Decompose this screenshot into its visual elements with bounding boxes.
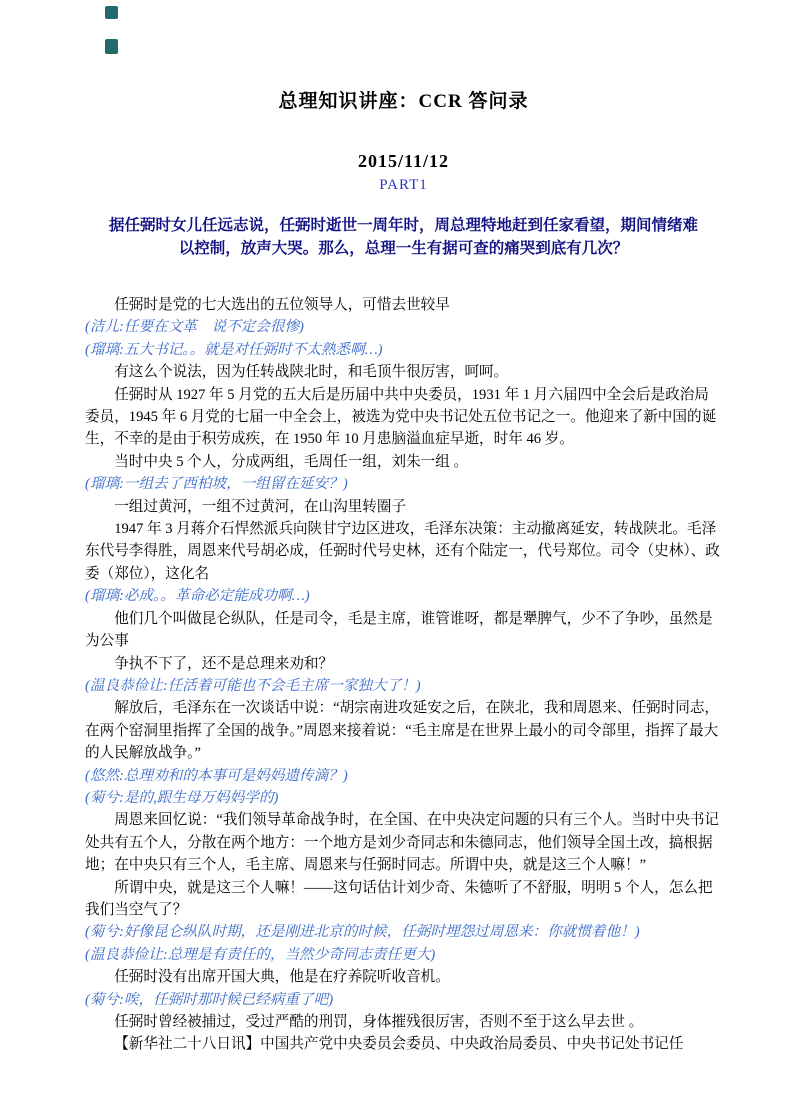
teal-square-icon (105, 6, 118, 19)
paragraph: 当时中央 5 个人，分成两组，毛周任一组，刘朱一组 。 (85, 451, 722, 473)
doc-date: 2015/11/12 (85, 151, 722, 172)
comment-line: (温良恭俭让:任活着可能也不会毛主席一家独大了！) (85, 675, 722, 697)
document-body: 任弼时是党的七大选出的五位领导人，可惜去世较早 (洁儿:任要在文革 说不定会很惨… (85, 294, 722, 1056)
paragraph: 他们几个叫做昆仑纵队，任是司令，毛是主席，谁管谁呀，都是犟脾气，少不了争吵，虽然… (85, 608, 722, 653)
paragraph: 1947 年 3 月蒋介石悍然派兵向陕甘宁边区进攻，毛泽东决策：主动撤离延安，转… (85, 518, 722, 585)
paragraph: 有这么个说法，因为任转战陕北时，和毛顶牛很厉害，呵呵。 (85, 361, 722, 383)
document-page: 总理知识讲座：CCR 答问录 2015/11/12 PART1 据任弼时女儿任远… (0, 0, 800, 1100)
paragraph: 一组过黄河，一组不过黄河，在山沟里转圈子 (85, 496, 722, 518)
paragraph: 【新华社二十八日讯】中国共产党中央委员会委员、中央政治局委员、中央书记处书记任 (85, 1033, 722, 1055)
comment-line: (洁儿:任要在文革 说不定会很惨) (85, 316, 722, 338)
part-label: PART1 (85, 177, 722, 194)
teal-square-icon (105, 39, 118, 54)
comment-line: (瑠璃:一组去了西柏坡，一组留在延安？) (85, 473, 722, 495)
paragraph: 任弼时从 1927 年 5 月党的五大后是历届中共中央委员，1931 年 1 月… (85, 384, 722, 451)
paragraph: 任弼时是党的七大选出的五位领导人，可惜去世较早 (85, 294, 722, 316)
paragraph: 任弼时曾经被捕过，受过严酷的刑罚，身体摧残很厉害，否则不至于这么早去世 。 (85, 1011, 722, 1033)
comment-line: (温良恭俭让:总理是有责任的，当然少奇同志责任更大) (85, 944, 722, 966)
paragraph: 任弼时没有出席开国大典，他是在疗养院听收音机。 (85, 966, 722, 988)
paragraph: 争执不下了，还不是总理来劝和？ (85, 653, 722, 675)
comment-line: (菊兮:是的,跟生母万妈妈学的) (85, 787, 722, 809)
paragraph: 周恩来回忆说：“我们领导革命战争时，在全国、在中央决定问题的只有三个人。当时中央… (85, 809, 722, 876)
lead-question: 据任弼时女儿任远志说，任弼时逝世一周年时，周总理特地赶到任家看望，期间情绪难以控… (104, 214, 704, 260)
paragraph: 所谓中央，就是这三个人嘛！——这句话估计刘少奇、朱德听了不舒服，明明 5 个人，… (85, 877, 722, 922)
comment-line: (瑠璃:必成。。革命必定能成功啊…) (85, 585, 722, 607)
page-title: 总理知识讲座：CCR 答问录 (85, 86, 722, 113)
paragraph: 解放后，毛泽东在一次谈话中说：“胡宗南进攻延安之后，在陕北，我和周恩来、任弼时同… (85, 697, 722, 764)
comment-line: (瑠璃:五大书记。。就是对任弼时不太熟悉啊…) (85, 339, 722, 361)
comment-line: (菊兮:唉，任弼时那时候已经病重了吧) (85, 989, 722, 1011)
comment-line: (悠然:总理劝和的本事可是妈妈遗传滴？) (85, 765, 722, 787)
comment-line: (菊兮:好像昆仑纵队时期，还是刚进北京的时候，任弼时埋怨过周恩来：你就惯着他！) (85, 921, 722, 943)
